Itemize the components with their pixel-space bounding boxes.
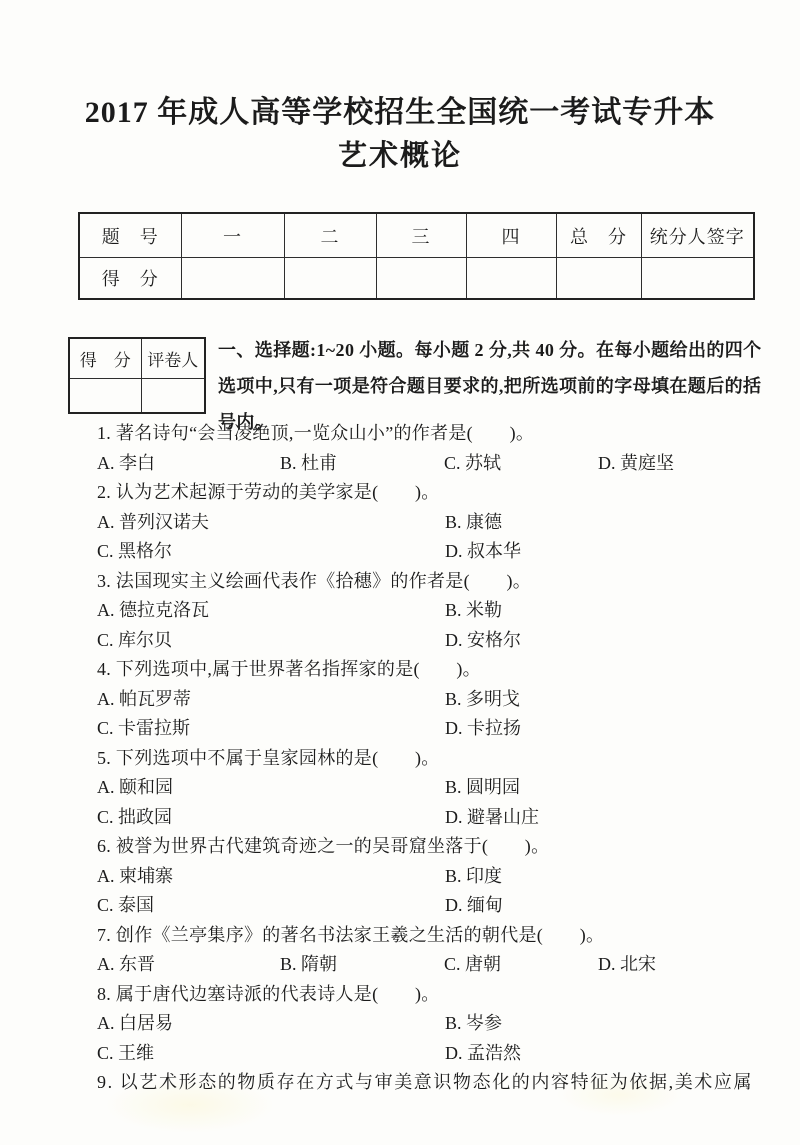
score-cell-empty <box>641 258 754 300</box>
option-label: C. 泰国 <box>97 891 154 921</box>
question-stem: 6. 被誉为世界古代建筑奇迹之一的吴哥窟坐落于( )。 <box>97 832 752 862</box>
exam-title: 2017 年成人高等学校招生全国统一考试专升本 <box>0 94 800 132</box>
option-label: A. 帕瓦罗蒂 <box>97 685 191 715</box>
question-stem: 9. 以艺术形态的物质存在方式与审美意识物态化的内容特征为依据,美术应属 <box>97 1068 752 1098</box>
option-label: C. 王维 <box>97 1039 154 1069</box>
question-options-row: A. 李白 B. 杜甫 C. 苏轼 D. 黄庭坚 <box>97 449 752 479</box>
score-cell-empty <box>466 258 556 300</box>
option-label: C. 苏轼 <box>444 449 501 479</box>
option-label: D. 卡拉扬 <box>445 714 521 744</box>
score-cell-empty <box>556 258 641 300</box>
question-options-row: C. 库尔贝 D. 安格尔 <box>97 626 752 656</box>
option-label: D. 北宋 <box>598 950 656 980</box>
option-label: B. 岑参 <box>445 1009 502 1039</box>
question-options-row: C. 卡雷拉斯 D. 卡拉扬 <box>97 714 752 744</box>
score-cell-empty <box>284 258 376 300</box>
col-header-section-2: 二 <box>284 213 376 258</box>
question-stem: 2. 认为艺术起源于劳动的美学家是( )。 <box>97 478 752 508</box>
question-options-row: A. 德拉克洛瓦 B. 米勒 <box>97 596 752 626</box>
option-label: A. 东晋 <box>97 950 155 980</box>
exam-title-block: 2017 年成人高等学校招生全国统一考试专升本 艺术概论 <box>0 94 800 176</box>
option-label: A. 柬埔寨 <box>97 862 173 892</box>
option-label: B. 印度 <box>445 862 502 892</box>
score-row-label: 得 分 <box>79 258 181 300</box>
option-label: B. 杜甫 <box>280 449 337 479</box>
option-label: B. 多明戈 <box>445 685 520 715</box>
col-header-question-number: 题 号 <box>79 213 181 258</box>
question-stem: 8. 属于唐代边塞诗派的代表诗人是( )。 <box>97 980 752 1010</box>
option-label: A. 颐和园 <box>97 773 173 803</box>
score-summary-table: 题 号 一 二 三 四 总 分 统分人签字 得 分 <box>78 212 755 300</box>
exam-paper-page: 2017 年成人高等学校招生全国统一考试专升本 艺术概论 题 号 一 二 三 四… <box>0 0 800 1145</box>
question-stem: 4. 下列选项中,属于世界著名指挥家的是( )。 <box>97 655 752 685</box>
option-label: B. 隋朝 <box>280 950 337 980</box>
option-label: D. 缅甸 <box>445 891 503 921</box>
col-header-section-1: 一 <box>181 213 284 258</box>
question-options-row: A. 东晋 B. 隋朝 C. 唐朝 D. 北宋 <box>97 950 752 980</box>
grader-score-box: 得 分 评卷人 <box>68 337 206 414</box>
question-options-row: C. 泰国 D. 缅甸 <box>97 891 752 921</box>
question-options-row: A. 帕瓦罗蒂 B. 多明戈 <box>97 685 752 715</box>
col-header-total-score: 总 分 <box>556 213 641 258</box>
question-stem: 5. 下列选项中不属于皇家园林的是( )。 <box>97 744 752 774</box>
col-header-scorer-signature: 统分人签字 <box>641 213 754 258</box>
option-label: D. 避暑山庄 <box>445 803 539 833</box>
option-label: B. 圆明园 <box>445 773 520 803</box>
question-options-row: C. 黑格尔 D. 叔本华 <box>97 537 752 567</box>
col-header-section-4: 四 <box>466 213 556 258</box>
instruction-line: 选项中,只有一项是符合题目要求的,把所选项前的字母填在题后的括 <box>218 368 748 404</box>
question-options-row: C. 拙政园 D. 避暑山庄 <box>97 803 752 833</box>
question-stem: 3. 法国现实主义绘画代表作《拾穗》的作者是( )。 <box>97 567 752 597</box>
question-options-row: A. 普列汉诺夫 B. 康德 <box>97 508 752 538</box>
question-options-row: C. 王维 D. 孟浩然 <box>97 1039 752 1069</box>
option-label: C. 黑格尔 <box>97 537 172 567</box>
option-label: C. 唐朝 <box>444 950 501 980</box>
exam-subtitle: 艺术概论 <box>0 136 800 176</box>
question-stem: 7. 创作《兰亭集序》的著名书法家王羲之生活的朝代是( )。 <box>97 921 752 951</box>
grader-box-score-label: 得 分 <box>69 338 141 379</box>
option-label: C. 拙政园 <box>97 803 172 833</box>
score-cell-empty <box>181 258 284 300</box>
question-options-row: A. 白居易 B. 岑参 <box>97 1009 752 1039</box>
question-options-row: A. 颐和园 B. 圆明园 <box>97 773 752 803</box>
option-label: C. 卡雷拉斯 <box>97 714 190 744</box>
question-options-row: A. 柬埔寨 B. 印度 <box>97 862 752 892</box>
option-label: A. 白居易 <box>97 1009 173 1039</box>
option-label: D. 黄庭坚 <box>598 449 674 479</box>
option-label: A. 德拉克洛瓦 <box>97 596 209 626</box>
score-cell-empty <box>376 258 466 300</box>
grader-box-empty-cell <box>141 379 205 414</box>
option-label: A. 普列汉诺夫 <box>97 508 209 538</box>
grader-box-grader-label: 评卷人 <box>141 338 205 379</box>
option-label: B. 米勒 <box>445 596 502 626</box>
option-label: A. 李白 <box>97 449 155 479</box>
instruction-line: 一、选择题:1~20 小题。每小题 2 分,共 40 分。在每小题给出的四个 <box>218 332 748 368</box>
questions-list: 1. 著名诗句“会当凌绝顶,一览众山小”的作者是( )。 A. 李白 B. 杜甫… <box>97 419 752 1098</box>
option-label: D. 叔本华 <box>445 537 521 567</box>
option-label: C. 库尔贝 <box>97 626 172 656</box>
option-label: D. 安格尔 <box>445 626 521 656</box>
option-label: B. 康德 <box>445 508 502 538</box>
option-label: D. 孟浩然 <box>445 1039 521 1069</box>
col-header-section-3: 三 <box>376 213 466 258</box>
question-stem: 1. 著名诗句“会当凌绝顶,一览众山小”的作者是( )。 <box>97 419 752 449</box>
grader-box-empty-cell <box>69 379 141 414</box>
